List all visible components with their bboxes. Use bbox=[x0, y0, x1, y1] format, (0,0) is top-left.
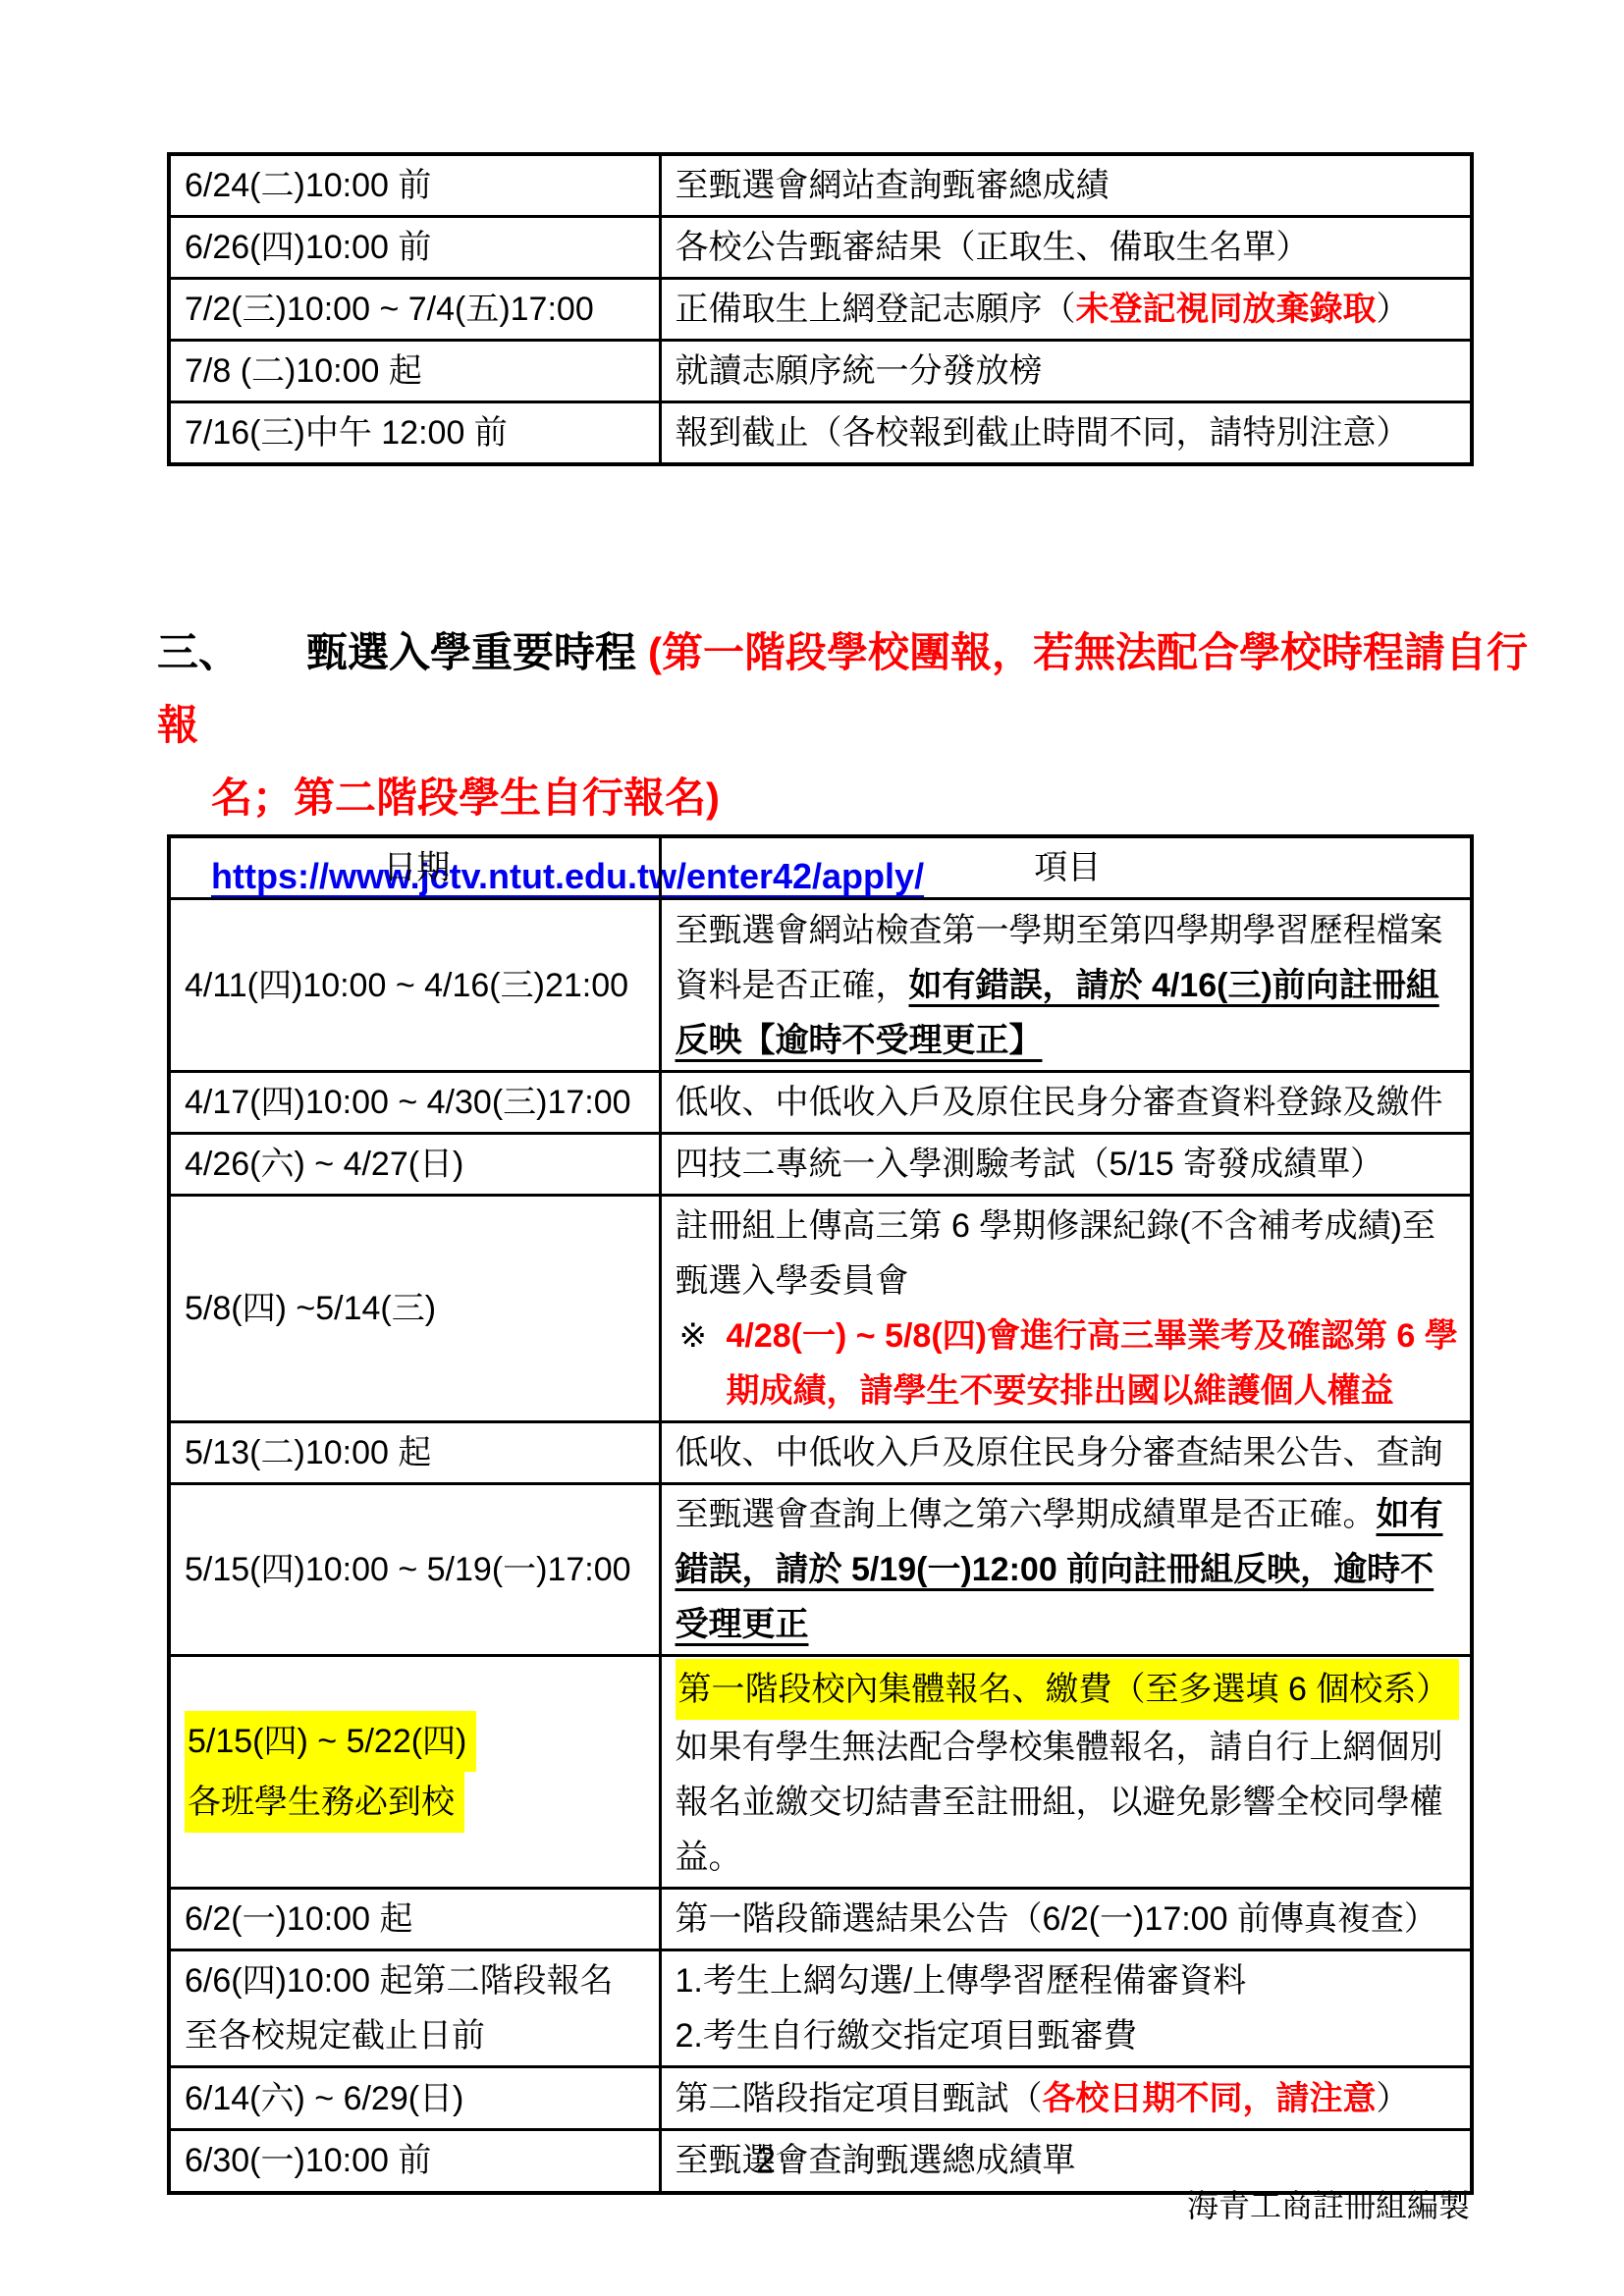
item-cell: 就讀志願序統一分發放榜 bbox=[660, 341, 1472, 402]
table-row: 6/24(二)10:00 前 至甄選會網站查詢甄審總成績 bbox=[169, 154, 1472, 217]
heading-line-1: 三、甄選入學重要時程(第一階段學校團報，若無法配合學校時程請自行報 bbox=[157, 616, 1532, 762]
item-cell: 四技二專統一入學測驗考試（5/15 寄發成績單） bbox=[660, 1134, 1472, 1196]
date-cell: 5/13(二)10:00 起 bbox=[169, 1422, 660, 1484]
item-cell: 至甄選會查詢上傳之第六學期成績單是否正確。如有錯誤，請於 5/19(一)12:0… bbox=[660, 1484, 1472, 1656]
highlighted-date: 5/15(四) ~ 5/22(四) bbox=[185, 1711, 476, 1772]
item-cell: 第二階段指定項目甄試（各校日期不同，請注意） bbox=[660, 2067, 1472, 2130]
date-cell: 6/2(一)10:00 起 bbox=[169, 1889, 660, 1950]
item-cell: 正備取生上網登記志願序（未登記視同放棄錄取） bbox=[660, 279, 1472, 341]
date-cell: 7/8 (二)10:00 起 bbox=[169, 341, 660, 402]
item-text: 2.考生自行繳交指定項目甄審費 bbox=[676, 2008, 1461, 2063]
item-cell: 第一階段篩選結果公告（6/2(一)17:00 前傳真複查） bbox=[660, 1889, 1472, 1950]
document-page: 6/24(二)10:00 前 至甄選會網站查詢甄審總成績 6/26(四)10:0… bbox=[0, 0, 1624, 2296]
item-cell: 報到截止（各校報到截止時間不同，請特別注意） bbox=[660, 402, 1472, 465]
warning-text: 未登記視同放棄錄取 bbox=[1076, 291, 1377, 328]
item-text: 至甄選會查詢上傳之第六學期成績單是否正確。 bbox=[676, 1496, 1377, 1533]
header-row: 日期 項目 bbox=[169, 836, 1472, 899]
item-text: 如果有學生無法配合學校集體報名，請自行上網個別報名並繳交切結書至註冊組，以避免影… bbox=[676, 1729, 1443, 1876]
heading-line-2: 名；第二階段學生自行報名) bbox=[211, 762, 1532, 834]
column-header-item: 項目 bbox=[660, 836, 1472, 899]
credit-line: 海青工商註冊組編製 bbox=[1187, 2181, 1470, 2226]
table-row: 7/2(三)10:00 ~ 7/4(五)17:00 正備取生上網登記志願序（未登… bbox=[169, 279, 1472, 341]
item-cell: 第一階段校內集體報名、繳費（至多選填 6 個校系） 如果有學生無法配合學校集體報… bbox=[660, 1656, 1472, 1889]
table-row: 6/2(一)10:00 起 第一階段篩選結果公告（6/2(一)17:00 前傳真… bbox=[169, 1889, 1472, 1950]
highlighted-date: 各班學生務必到校 bbox=[185, 1772, 464, 1833]
item-text: 1.考生上網勾選/上傳學習歷程備審資料 bbox=[676, 1953, 1461, 2008]
item-cell: 至甄選會網站查詢甄審總成績 bbox=[660, 154, 1472, 217]
table-row: 4/11(四)10:00 ~ 4/16(三)21:00 至甄選會網站檢查第一學期… bbox=[169, 899, 1472, 1072]
date-cell: 7/2(三)10:00 ~ 7/4(五)17:00 bbox=[169, 279, 660, 341]
item-cell: 註冊組上傳高三第 6 學期修課紀錄(不含補考成績)至甄選入學委員會 ※4/28(… bbox=[660, 1196, 1472, 1422]
item-cell: 至甄選會網站檢查第一學期至第四學期學習歷程檔案資料是否正確，如有錯誤，請於 4/… bbox=[660, 899, 1472, 1072]
date-cell: 6/26(四)10:00 前 bbox=[169, 217, 660, 279]
date-cell: 7/16(三)中午 12:00 前 bbox=[169, 402, 660, 465]
date-cell: 5/15(四) ~ 5/22(四) 各班學生務必到校 bbox=[169, 1656, 660, 1889]
table-row: 5/8(四) ~5/14(三) 註冊組上傳高三第 6 學期修課紀錄(不含補考成績… bbox=[169, 1196, 1472, 1422]
table-row: 6/14(六) ~ 6/29(日) 第二階段指定項目甄試（各校日期不同，請注意） bbox=[169, 2067, 1472, 2130]
date-cell: 4/17(四)10:00 ~ 4/30(三)17:00 bbox=[169, 1072, 660, 1134]
table-row: 5/15(四)10:00 ~ 5/19(一)17:00 至甄選會查詢上傳之第六學… bbox=[169, 1484, 1472, 1656]
warning-text: 4/28(一) ~ 5/8(四)會進行高三畢業考及確認第 6 學期成績，請學生不… bbox=[727, 1317, 1458, 1410]
date-cell: 6/14(六) ~ 6/29(日) bbox=[169, 2067, 660, 2130]
date-cell: 6/6(四)10:00 起第二階段報名 至各校規定截止日前 bbox=[169, 1950, 660, 2067]
date-cell: 5/15(四)10:00 ~ 5/19(一)17:00 bbox=[169, 1484, 660, 1656]
table-row: 4/17(四)10:00 ~ 4/30(三)17:00 低收、中低收入戶及原住民… bbox=[169, 1072, 1472, 1134]
page-number: 2 bbox=[756, 2140, 776, 2181]
item-text: 正備取生上網登記志願序（ bbox=[676, 291, 1076, 328]
item-text: ） bbox=[1377, 291, 1410, 328]
schedule-table: 日期 項目 4/11(四)10:00 ~ 4/16(三)21:00 至甄選會網站… bbox=[167, 834, 1474, 2195]
item-cell: 低收、中低收入戶及原住民身分審查結果公告、查詢 bbox=[660, 1422, 1472, 1484]
table-row: 5/13(二)10:00 起 低收、中低收入戶及原住民身分審查結果公告、查詢 bbox=[169, 1422, 1472, 1484]
section-title: 甄選入學重要時程 bbox=[306, 629, 636, 675]
item-cell: 1.考生上網勾選/上傳學習歷程備審資料 2.考生自行繳交指定項目甄審費 bbox=[660, 1950, 1472, 2067]
highlighted-text: 第一階段校內集體報名、繳費（至多選填 6 個校系） bbox=[676, 1659, 1460, 1720]
warning-paragraph: ※4/28(一) ~ 5/8(四)會進行高三畢業考及確認第 6 學期成績，請學生… bbox=[676, 1308, 1461, 1418]
date-cell: 4/26(六) ~ 4/27(日) bbox=[169, 1134, 660, 1196]
table-row: 5/15(四) ~ 5/22(四) 各班學生務必到校 第一階段校內集體報名、繳費… bbox=[169, 1656, 1472, 1889]
date-cell: 6/30(一)10:00 前 bbox=[169, 2130, 660, 2193]
heading-red-note: 名；第二階段學生自行報名) bbox=[211, 774, 720, 821]
section-number: 三、 bbox=[157, 616, 240, 689]
table-row: 4/26(六) ~ 4/27(日) 四技二專統一入學測驗考試（5/15 寄發成績… bbox=[169, 1134, 1472, 1196]
item-text: 第二階段指定項目甄試（ bbox=[676, 2080, 1043, 2117]
table-row: 7/8 (二)10:00 起 就讀志願序統一分發放榜 bbox=[169, 341, 1472, 402]
table-row: 6/26(四)10:00 前 各校公告甄審結果（正取生、備取生名單） bbox=[169, 217, 1472, 279]
item-cell: 低收、中低收入戶及原住民身分審查資料登錄及繳件 bbox=[660, 1072, 1472, 1134]
warning-text: 各校日期不同，請注意 bbox=[1043, 2080, 1377, 2117]
item-text: 註冊組上傳高三第 6 學期修課紀錄(不含補考成績)至甄選入學委員會 bbox=[676, 1199, 1461, 1308]
timeline-table-top: 6/24(二)10:00 前 至甄選會網站查詢甄審總成績 6/26(四)10:0… bbox=[167, 152, 1474, 466]
item-cell: 各校公告甄審結果（正取生、備取生名單） bbox=[660, 217, 1472, 279]
date-text: 至各校規定截止日前 bbox=[185, 2008, 649, 2063]
date-cell: 6/24(二)10:00 前 bbox=[169, 154, 660, 217]
date-text: 6/6(四)10:00 起第二階段報名 bbox=[185, 1953, 649, 2008]
table-row: 7/16(三)中午 12:00 前 報到截止（各校報到截止時間不同，請特別注意） bbox=[169, 402, 1472, 465]
table-row: 6/6(四)10:00 起第二階段報名 至各校規定截止日前 1.考生上網勾選/上… bbox=[169, 1950, 1472, 2067]
reference-mark: ※ bbox=[679, 1308, 708, 1363]
item-text: ） bbox=[1377, 2080, 1410, 2117]
date-cell: 5/8(四) ~5/14(三) bbox=[169, 1196, 660, 1422]
date-cell: 4/11(四)10:00 ~ 4/16(三)21:00 bbox=[169, 899, 660, 1072]
column-header-date: 日期 bbox=[169, 836, 660, 899]
